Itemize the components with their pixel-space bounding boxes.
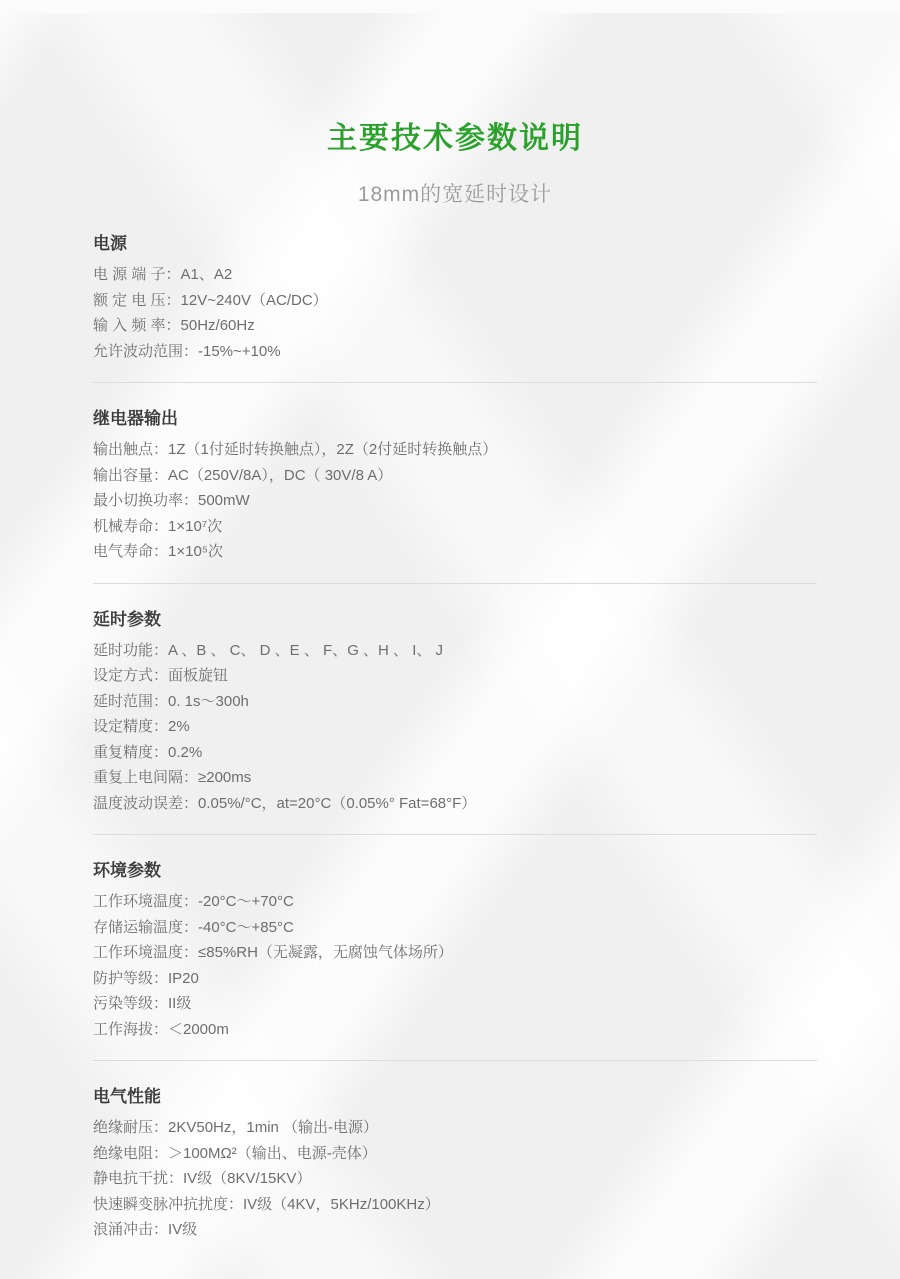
spec-row: 防护等级：IP20 [93, 966, 817, 992]
section-environment: 环境参数 工作环境温度：-20°C～+70°C 存储运输温度：-40°C～+85… [93, 859, 817, 1042]
spec-row: 工作环境温度：-20°C～+70°C [93, 889, 817, 915]
section-rows: 工作环境温度：-20°C～+70°C 存储运输温度：-40°C～+85°C 工作… [93, 889, 817, 1042]
section-heading: 电源 [93, 232, 817, 256]
spec-row: 绝缘耐压：2KV50Hz，1min （输出-电源） [93, 1115, 817, 1141]
spec-row: 重复精度：0.2% [93, 740, 817, 766]
spec-row: 允许波动范围：-15%~+10% [93, 339, 817, 365]
section-rows: 延时功能：A 、B 、 C、 D 、E 、 F、G 、H 、 I、 J 设定方式… [93, 638, 817, 817]
section-heading: 电气性能 [93, 1085, 817, 1109]
section-divider [93, 583, 817, 584]
spec-row: 最小切换功率：500mW [93, 488, 817, 514]
section-divider [93, 1060, 817, 1061]
spec-row: 输 入 频 率：50Hz/60Hz [93, 313, 817, 339]
spec-row: 电气寿命：1×10⁵次 [93, 539, 817, 565]
spec-row: 静电抗干扰：IV级（8KV/15KV） [93, 1166, 817, 1192]
spec-row: 输出触点：1Z（1付延时转换触点），2Z（2付延时转换触点） [93, 437, 817, 463]
section-rows: 输出触点：1Z（1付延时转换触点），2Z（2付延时转换触点） 输出容量：AC（2… [93, 437, 817, 565]
spec-row: 污染等级：II级 [93, 991, 817, 1017]
spec-row: 快速瞬变脉冲抗扰度：IV级（4KV，5KHz/100KHz） [93, 1192, 817, 1218]
spec-row: 浪涌冲击：IV级 [93, 1217, 817, 1243]
page-title: 主要技术参数说明 [93, 122, 817, 156]
section-divider [93, 834, 817, 835]
section-heading: 环境参数 [93, 859, 817, 883]
section-divider [93, 382, 817, 383]
spec-row: 输出容量：AC（250V/8A），DC（ 30V/8 A） [93, 463, 817, 489]
section-power: 电源 电 源 端 子：A1、A2 额 定 电 压：12V~240V（AC/DC）… [93, 232, 817, 364]
spec-row: 电 源 端 子：A1、A2 [93, 262, 817, 288]
section-electrical: 电气性能 绝缘耐压：2KV50Hz，1min （输出-电源） 绝缘电阻：＞100… [93, 1085, 817, 1243]
section-heading: 延时参数 [93, 608, 817, 632]
spec-row: 设定方式：面板旋钮 [93, 663, 817, 689]
spec-row: 重复上电间隔：≥200ms [93, 765, 817, 791]
spec-row: 工作海拔：＜2000m [93, 1017, 817, 1043]
spec-row: 温度波动误差：0.05%/°C，at=20°C（0.05%° Fat=68°F） [93, 791, 817, 817]
section-delay-params: 延时参数 延时功能：A 、B 、 C、 D 、E 、 F、G 、H 、 I、 J… [93, 608, 817, 817]
spec-row: 延时功能：A 、B 、 C、 D 、E 、 F、G 、H 、 I、 J [93, 638, 817, 664]
spec-row: 额 定 电 压：12V~240V（AC/DC） [93, 288, 817, 314]
spec-row: 绝缘电阻：＞100MΩ²（输出、电源-壳体） [93, 1141, 817, 1167]
section-relay-output: 继电器输出 输出触点：1Z（1付延时转换触点），2Z（2付延时转换触点） 输出容… [93, 407, 817, 565]
page-subtitle: 18mm的宽延时设计 [93, 182, 817, 208]
section-rows: 绝缘耐压：2KV50Hz，1min （输出-电源） 绝缘电阻：＞100MΩ²（输… [93, 1115, 817, 1243]
section-heading: 继电器输出 [93, 407, 817, 431]
spec-row: 存储运输温度：-40°C～+85°C [93, 915, 817, 941]
section-rows: 电 源 端 子：A1、A2 额 定 电 压：12V~240V（AC/DC） 输 … [93, 262, 817, 364]
spec-row: 工作环境温度：≤85%RH（无凝露，无腐蚀气体场所） [93, 940, 817, 966]
spec-content: 主要技术参数说明 18mm的宽延时设计 电源 电 源 端 子：A1、A2 额 定… [93, 0, 817, 1243]
spec-row: 设定精度：2% [93, 714, 817, 740]
spec-row: 机械寿命：1×10⁷次 [93, 514, 817, 540]
spec-page: 主要技术参数说明 18mm的宽延时设计 电源 电 源 端 子：A1、A2 额 定… [0, 0, 900, 1279]
spec-row: 延时范围：0. 1s～300h [93, 689, 817, 715]
